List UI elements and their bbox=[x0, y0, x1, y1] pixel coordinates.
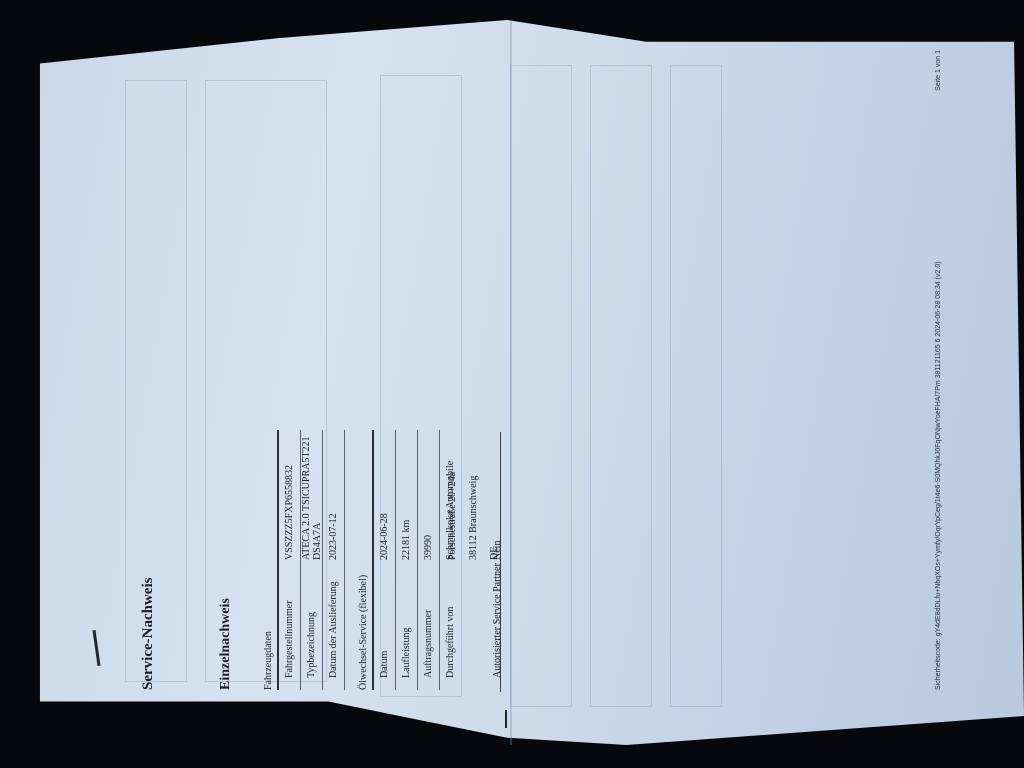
page-number: Seite 1 von 1 bbox=[935, 50, 942, 91]
table-row: FahrgestellnummerVSSZZZ5FXP6558832 bbox=[279, 430, 301, 690]
security-code: Sicherheitscode: gY4dE8dDLfu+NbqXOs+Yymf… bbox=[935, 261, 942, 690]
table-row: Datum der Auslieferung2023-07-12 bbox=[323, 430, 345, 690]
pen-mark bbox=[505, 710, 507, 728]
partner-label: Autorisierter Service Partner bbox=[492, 563, 503, 678]
document-content: Service-Nachweis Einzelnachweis Fahrzeug… bbox=[140, 90, 580, 690]
document-subtitle: Einzelnachweis bbox=[218, 598, 234, 690]
vehicle-heading: Fahrzeugdaten bbox=[260, 430, 279, 690]
table-row: Auftragsnummer39990 bbox=[418, 430, 440, 690]
partner-value: Nein bbox=[492, 541, 503, 560]
ghost-box bbox=[670, 65, 722, 707]
ghost-box bbox=[590, 65, 652, 707]
table-row: Laufleistung22181 km bbox=[396, 430, 418, 690]
document-title: Service-Nachweis bbox=[140, 578, 157, 690]
service-heading: Ölwechsel-Service (flexibel) bbox=[355, 430, 374, 690]
document-footer: Sicherheitscode: gY4dE8dDLfu+NbqXOs+Yymf… bbox=[935, 50, 942, 690]
divider bbox=[500, 432, 501, 692]
vehicle-section: Fahrzeugdaten FahrgestellnummerVSSZZZ5FX… bbox=[260, 430, 345, 690]
table-row: Datum2024-06-28 bbox=[374, 430, 396, 690]
table-row: TypbezeichnungATECA 2.0 TSICUPRA5T221 DS… bbox=[301, 430, 323, 690]
